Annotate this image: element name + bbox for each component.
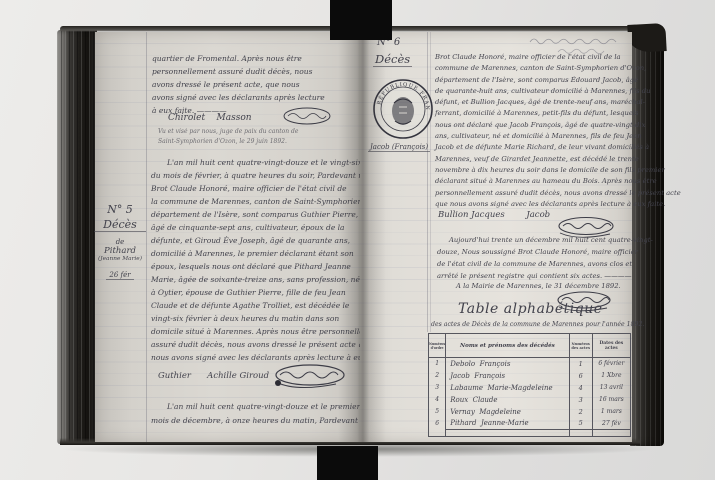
deceased-name: Jacob (François) — [368, 143, 430, 152]
cell-order: 5 — [429, 406, 446, 418]
header-date: Dates des actes — [592, 334, 630, 358]
text-line: novembre à dix heures du soir dans le do… — [435, 165, 681, 176]
text-line: quartier de Fromental. Après nous être — [152, 52, 325, 65]
official-stamp: RÉPUBLIQUE FRANÇAISE — [371, 77, 435, 141]
text-line: défunte, et Giroud Ève Joseph, âgé de qu… — [151, 234, 389, 247]
text-line: département de l'Isère, sont comparus Gu… — [151, 208, 389, 221]
cell-act: 5 — [569, 418, 592, 430]
act-date: 26 fér — [106, 271, 133, 280]
cell-name: Vernay Magdeleine — [446, 406, 569, 418]
text-line: L'an mil huit cent quatre-vingt-douze et… — [151, 400, 378, 414]
text-line: commune de Marennes, canton de Saint-Sym… — [435, 63, 681, 74]
text-line: avons signé avec les déclarants après le… — [152, 91, 325, 104]
table-row: 5 Vernay Magdeleine 2 1 mars — [429, 406, 631, 418]
text-line: Brot Claude Honoré, maire officier de l'… — [435, 52, 681, 63]
table-subtitle: des actes de Décès de la commune de Mare… — [431, 321, 644, 328]
cell-act: 6 — [569, 370, 592, 382]
header-order: Numéros d'ordre — [429, 334, 446, 358]
text-line: domicile situé à Marennes. Après nous êt… — [151, 325, 389, 338]
text-line: Aujourd'hui trente un décembre mil huit … — [437, 234, 653, 246]
film-marker-top — [330, 0, 392, 40]
table-row: 3 Labaume Marie-Magdeleine 4 13 avril — [429, 382, 631, 394]
cell-date: 1 Xbre — [592, 370, 630, 382]
register-closing: Aujourd'hui trente un décembre mil huit … — [437, 234, 653, 282]
cell-date: 1 mars — [592, 406, 630, 418]
text-line: Marie, âgée de soixante-treize ans, sans… — [151, 273, 389, 286]
cell-name: Pithard Jeanne-Marie — [446, 418, 569, 430]
act-5-body: L'an mil huit cent quatre-vingt-douze et… — [151, 156, 389, 364]
text-line: département de l'Isère, sont comparus Éd… — [435, 75, 681, 86]
text-line: avons dressé le présent acte, que nous — [152, 78, 325, 91]
cell-date: 16 mars — [592, 394, 630, 406]
cell-date: 6 février — [592, 358, 630, 370]
left-margin-rule — [146, 32, 147, 442]
text-line: vingt-six février à deux heures du matin… — [151, 312, 389, 325]
signatures-line: Chirolet Masson — [168, 113, 252, 123]
text-line: âgé de cinquante-sept ans, cultivateur, … — [151, 221, 389, 234]
cell-order: 6 — [429, 418, 446, 430]
act-signatures-line: Guthier Achille Giroud — [158, 371, 269, 381]
act-6-body: Brot Claude Honoré, maire officier de l'… — [435, 52, 681, 210]
act-number: N° 5 — [94, 203, 146, 216]
cell-act: 3 — [569, 394, 592, 406]
cell-order: 1 — [429, 358, 446, 370]
text-line: Jacob et de défunte Marie Richard, de le… — [435, 142, 681, 153]
cell-name: Debolo François — [446, 358, 569, 370]
deceased-given-names: (Jeanne Marie) — [94, 256, 146, 262]
text-line: mois de décembre, à onze heures du matin… — [151, 414, 378, 428]
text-line: défunt, et Bullion Jacques, âgé de trent… — [435, 97, 681, 108]
text-line: nous ont déclaré que Jacob François, âgé… — [435, 120, 681, 131]
alphabetical-table: Numéros d'ordre Noms et prénoms des décé… — [428, 333, 631, 437]
text-line: Brot Claude Honoré, maire officier de l'… — [151, 182, 389, 195]
table-empty-row — [429, 430, 631, 437]
text-line: Saint-Symphorien d'Ozon, le 29 juin 1892… — [158, 137, 298, 147]
act-signatures-line: Bullion Jacques Jacob — [438, 210, 550, 220]
table-row: 4 Roux Claude 3 16 mars — [429, 394, 631, 406]
deceased-surname: Pithard — [94, 246, 146, 256]
text-line: la commune de Marennes, canton de Saint-… — [151, 195, 389, 208]
cell-act: 4 — [569, 382, 592, 394]
cell-order: 3 — [429, 382, 446, 394]
text-line: assuré dudit décès, nous avons dressé le… — [151, 338, 389, 351]
text-line: que nous avons signé avec les déclarants… — [435, 199, 681, 210]
text-line: personnellement assuré dudit décès, nous — [152, 65, 325, 78]
text-line: douze, Nous soussigné Brot Claude Honoré… — [437, 246, 653, 258]
text-line: Claude et de défunte Agathe Trolliet, es… — [151, 299, 389, 312]
cell-date: 27 fév — [592, 418, 630, 430]
table-header-row: Numéros d'ordre Noms et prénoms des décé… — [429, 334, 631, 358]
act-6-start: L'an mil huit cent quatre-vingt-douze et… — [151, 400, 378, 427]
text-line: ans, cultivateur, né et domicilié à Mare… — [435, 131, 681, 142]
text-line: époux, lesquels nous ont déclaré que Pit… — [151, 260, 389, 273]
text-line: L'an mil huit cent quatre-vingt-douze et… — [151, 156, 389, 169]
signature-flourish-paraph — [266, 362, 348, 392]
of-word: de — [94, 238, 146, 246]
visa-note: Vu et visé par nous, juge de paix du can… — [158, 127, 298, 147]
register-scan-photo: N° 5 Décès de Pithard (Jeanne Marie) 26 … — [0, 0, 715, 480]
cell-act: 2 — [569, 406, 592, 418]
text-line: personnellement assuré dudit décès, nous… — [435, 188, 681, 199]
table-row: 1 Debolo François 1 6 février — [429, 358, 631, 370]
table-row: 2 Jacob François 6 1 Xbre — [429, 370, 631, 382]
text-line: domicilié à Marennes, le premier déclara… — [151, 247, 389, 260]
cell-act: 1 — [569, 358, 592, 370]
text-line: arrêté le présent registre qui contient … — [437, 270, 653, 282]
act-type: Décès — [94, 218, 146, 232]
page-edges-left — [57, 30, 97, 444]
cell-order: 2 — [429, 370, 446, 382]
left-margin-note: N° 5 Décès de Pithard (Jeanne Marie) 26 … — [94, 203, 146, 281]
cell-name: Roux Claude — [446, 394, 569, 406]
text-line: à Oytier, épouse de Guthier Pierre, fill… — [151, 286, 389, 299]
film-marker-bottom — [317, 446, 378, 480]
cell-name: Labaume Marie-Magdeleine — [446, 382, 569, 394]
closing-place-line: A la Mairie de Marennes, le 31 décembre … — [456, 282, 621, 290]
signature-flourish — [282, 106, 332, 126]
table-row: 6 Pithard Jeanne-Marie 5 27 fév — [429, 418, 631, 430]
text-line: Marennes, veuf de Girardet Jeannette, es… — [435, 154, 681, 165]
table-title: Table alphabétique — [458, 301, 603, 317]
cell-date: 13 avril — [592, 382, 630, 394]
act-type: Décès — [373, 52, 412, 67]
text-line: Vu et visé par nous, juge de paix du can… — [158, 127, 298, 137]
text-line: du mois de février, à quatre heures du s… — [151, 169, 389, 182]
text-line: de l'état civil de la commune de Marenne… — [437, 258, 653, 270]
header-names: Noms et prénoms des décédés — [446, 334, 569, 358]
cell-order: 4 — [429, 394, 446, 406]
text-line: déclarant situé à Marennes au hameau du … — [435, 176, 681, 187]
cell-name: Jacob François — [446, 370, 569, 382]
text-line: ferrant, domicilié à Marennes, petit-fil… — [435, 108, 681, 119]
text-line: de quarante-huit ans, cultivateur domici… — [435, 86, 681, 97]
header-act-number: Numéros des actes — [569, 334, 592, 358]
